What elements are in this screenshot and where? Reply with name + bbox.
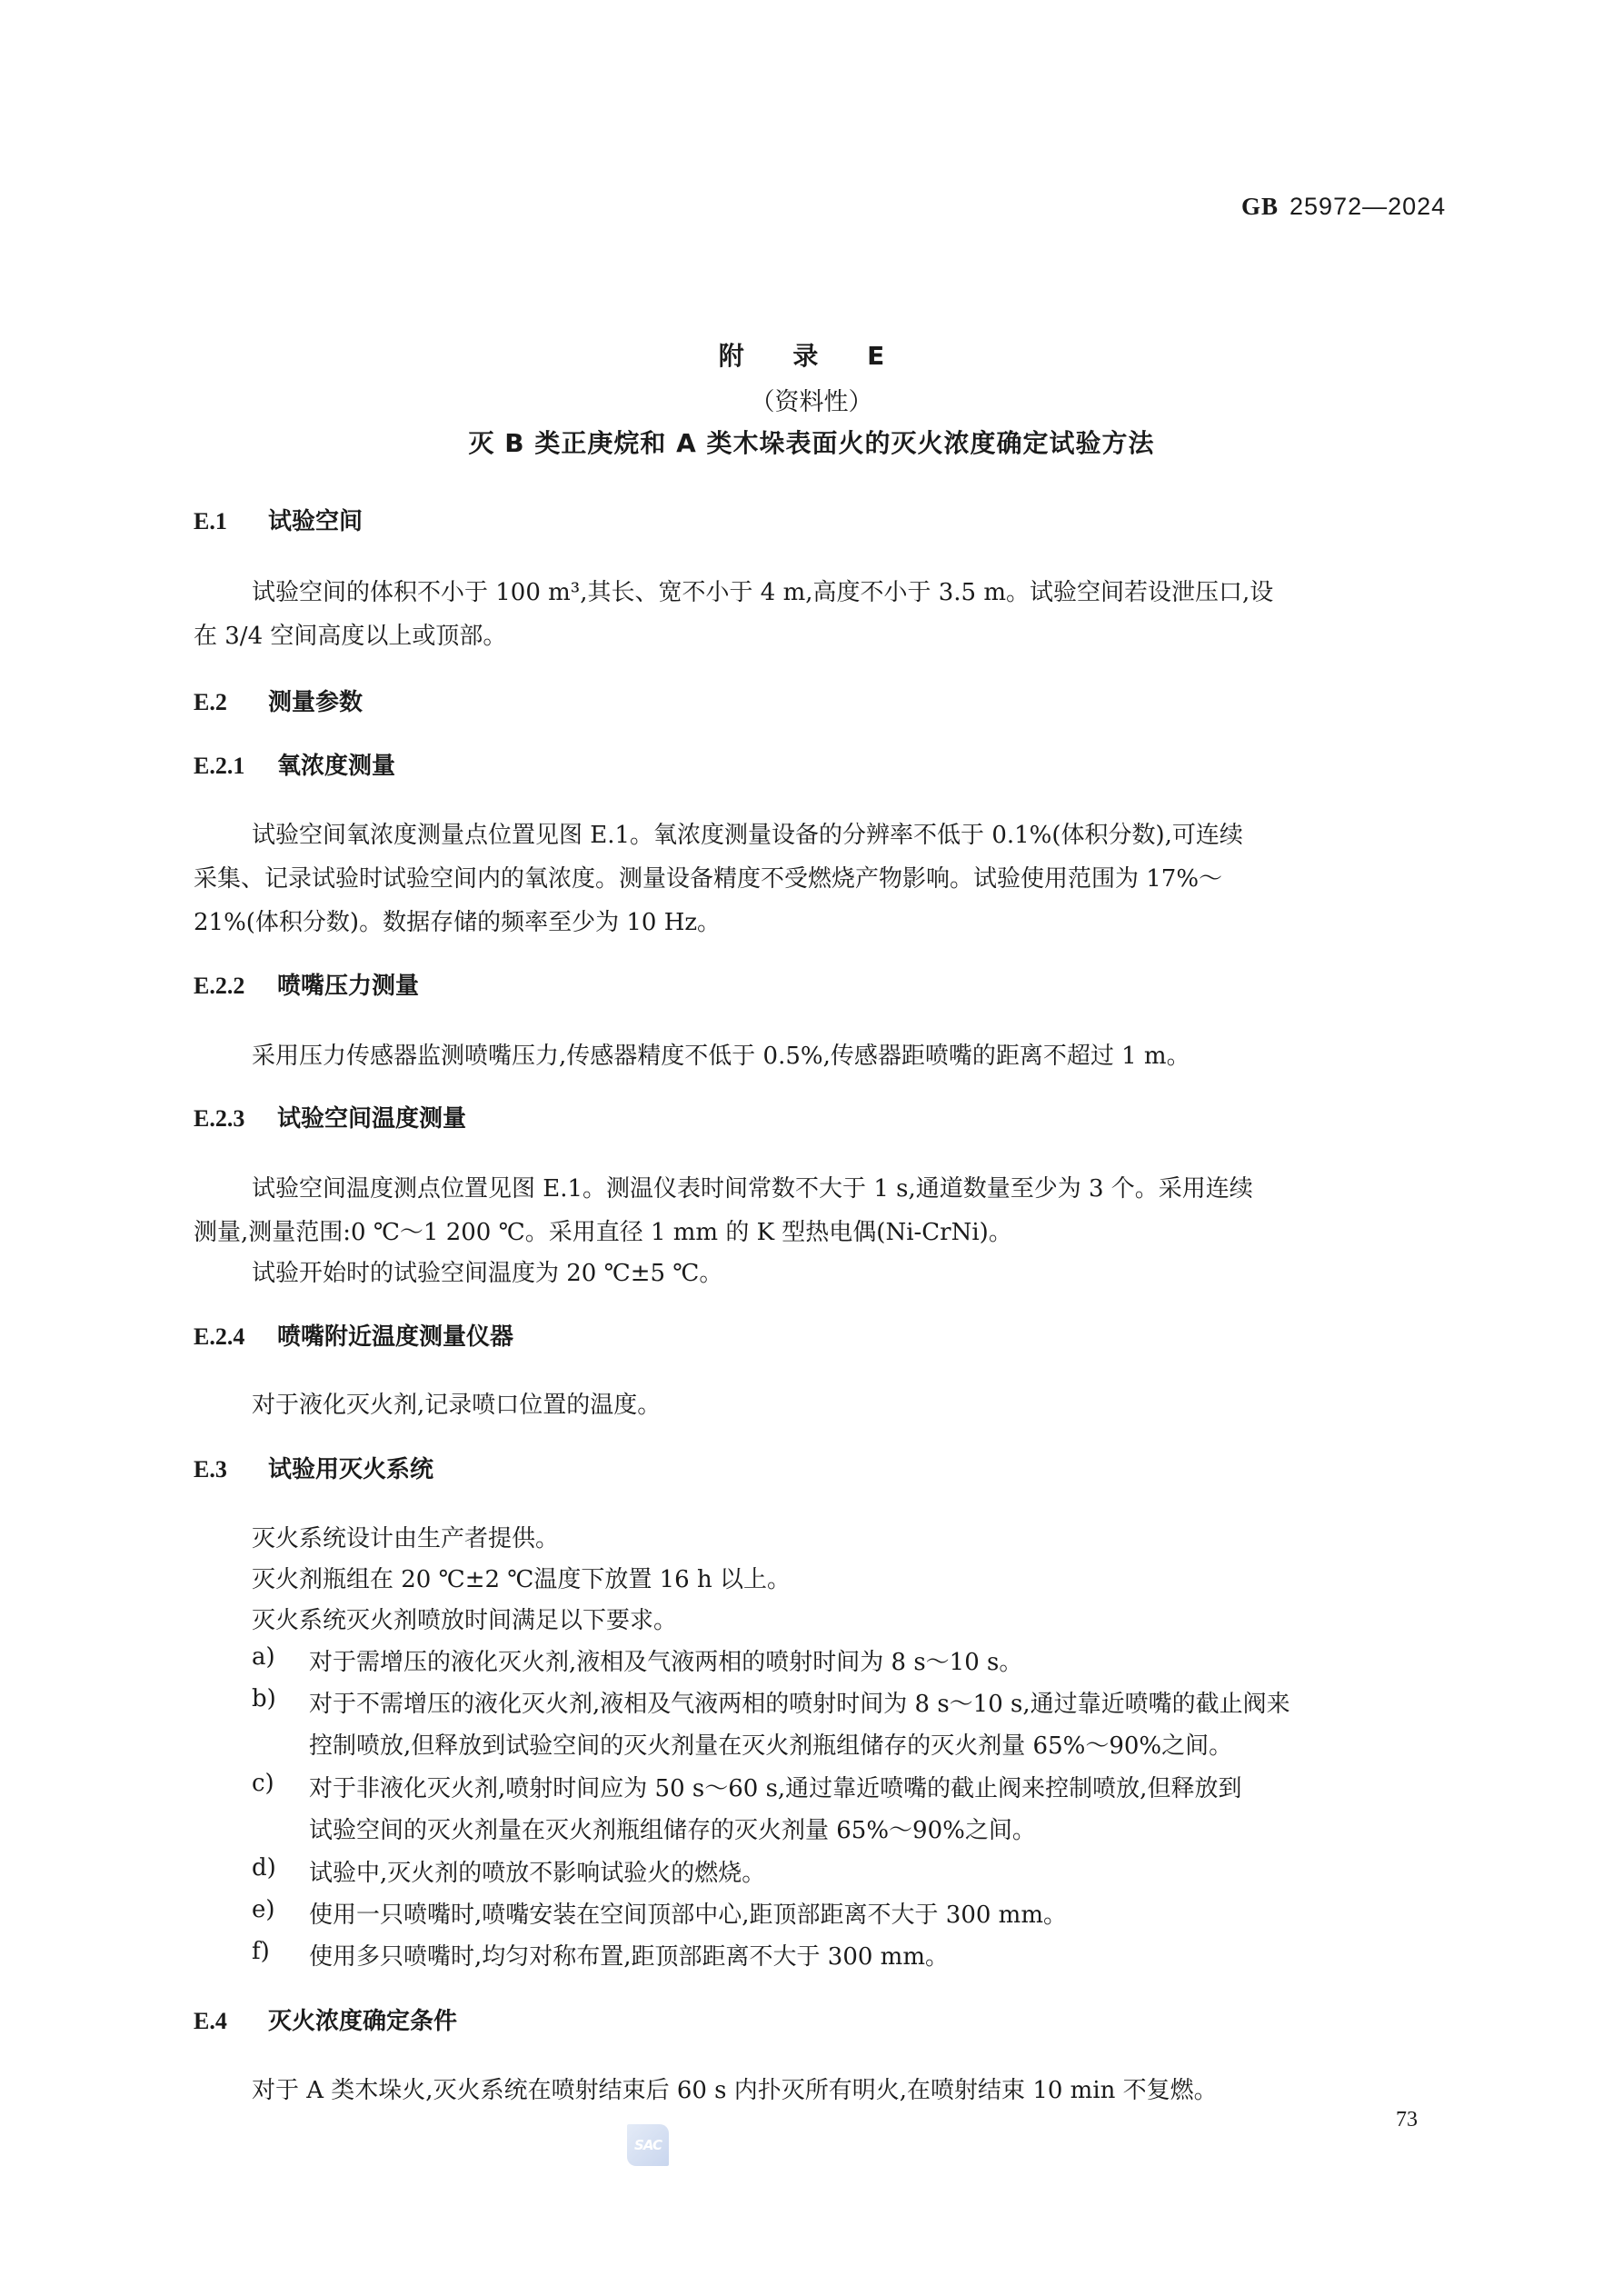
paragraph-e23-line2: 测量,测量范围:0 ℃～1 200 ℃。采用直径 1 mm 的 K 型热电偶(N… (194, 1213, 1012, 1247)
list-item-d-text: 试验中,灭火剂的喷放不影响试验火的燃烧。 (309, 1854, 765, 1888)
list-item-b-text-line2: 控制喷放,但释放到试验空间的灭火剂量在灭火剂瓶组储存的灭火剂量 65%～90%之… (309, 1727, 1232, 1761)
paragraph-e24-line1: 对于液化灭火剂,记录喷口位置的温度。 (252, 1386, 661, 1420)
paragraph-e4-line1: 对于 A 类木垛火,灭火系统在喷射结束后 60 s 内扑灭所有明火,在喷射结束 … (252, 2071, 1218, 2105)
list-item-d-label: d) (252, 1854, 276, 1882)
sac-logo-icon: SAC (627, 2124, 669, 2166)
list-item-a-text: 对于需增压的液化灭火剂,液相及气液两相的喷射时间为 8 s～10 s。 (309, 1643, 1022, 1677)
annex-name: 灭 B 类正庚烷和 A 类木垛表面火的灭火浓度确定试验方法 (0, 424, 1623, 460)
paragraph-e3-line3: 灭火系统灭火剂喷放时间满足以下要求。 (252, 1602, 677, 1635)
paragraph-e23-line3: 试验开始时的试验空间温度为 20 ℃±5 ℃。 (252, 1254, 722, 1288)
list-item-c-text-line1: 对于非液化灭火剂,喷射时间应为 50 s～60 s,通过靠近喷嘴的截止阀来控制喷… (309, 1770, 1241, 1803)
list-item-e-text: 使用一只喷嘴时,喷嘴安装在空间顶部中心,距顶部距离不大于 300 mm。 (309, 1896, 1067, 1930)
annex-type: （资料性） (0, 382, 1623, 417)
heading-e3: E.3试验用灭火系统 (194, 1451, 433, 1484)
page-number: 73 (1396, 2108, 1418, 2132)
annex-title: 附 录 E (0, 336, 1623, 373)
paragraph-e21-line2: 采集、记录试验时试验空间内的氧浓度。测量设备精度不受燃烧产物影响。试验使用范围为… (194, 860, 1222, 893)
heading-e21: E.2.1氧浓度测量 (194, 747, 395, 781)
heading-e1: E.1试验空间 (194, 503, 363, 536)
list-item-b-text-line1: 对于不需增压的液化灭火剂,液相及气液两相的喷射时间为 8 s～10 s,通过靠近… (309, 1685, 1290, 1719)
paragraph-e1-line1: 试验空间的体积不小于 100 m³,其长、宽不小于 4 m,高度不小于 3.5 … (252, 574, 1273, 607)
list-item-f-label: f) (252, 1938, 270, 1965)
heading-e2: E.2测量参数 (194, 684, 363, 717)
list-item-b-label: b) (252, 1685, 276, 1712)
heading-e24: E.2.4喷嘴附近温度测量仪器 (194, 1318, 513, 1352)
standard-prefix: GB (1241, 193, 1279, 220)
paragraph-e22-line1: 采用压力传感器监测喷嘴压力,传感器精度不低于 0.5%,传感器距喷嘴的距离不超过… (252, 1037, 1190, 1071)
paragraph-e21-line3: 21%(体积分数)。数据存储的频率至少为 10 Hz。 (194, 903, 721, 937)
list-item-c-text-line2: 试验空间的灭火剂量在灭火剂瓶组储存的灭火剂量 65%～90%之间。 (309, 1812, 1036, 1845)
list-item-e-label: e) (252, 1896, 275, 1923)
list-item-a-label: a) (252, 1643, 275, 1671)
list-item-c-label: c) (252, 1770, 274, 1797)
paragraph-e3-line1: 灭火系统设计由生产者提供。 (252, 1520, 559, 1553)
standard-number: 25972—2024 (1289, 193, 1446, 220)
heading-e4: E.4灭火浓度确定条件 (194, 2002, 457, 2036)
paragraph-e3-line2: 灭火剂瓶组在 20 ℃±2 ℃温度下放置 16 h 以上。 (252, 1561, 791, 1594)
heading-e22: E.2.2喷嘴压力测量 (194, 967, 419, 1001)
heading-e23: E.2.3试验空间温度测量 (194, 1100, 466, 1133)
paragraph-e21-line1: 试验空间氧浓度测量点位置见图 E.1。氧浓度测量设备的分辨率不低于 0.1%(体… (252, 816, 1243, 850)
paragraph-e23-line1: 试验空间温度测点位置见图 E.1。测温仪表时间常数不大于 1 s,通道数量至少为… (252, 1170, 1253, 1203)
standard-code: GB25972—2024 (1241, 193, 1446, 221)
list-item-f-text: 使用多只喷嘴时,均匀对称布置,距顶部距离不大于 300 mm。 (309, 1938, 949, 1972)
paragraph-e1-line2: 在 3/4 空间高度以上或顶部。 (194, 617, 506, 651)
